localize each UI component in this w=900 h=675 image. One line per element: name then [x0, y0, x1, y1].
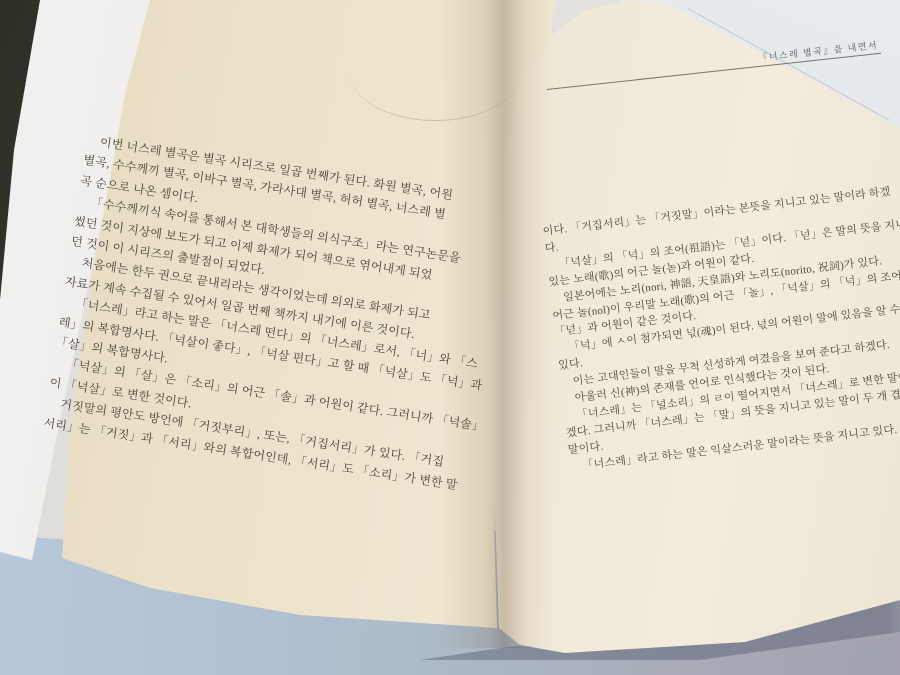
- page-crease-arc: [350, 25, 520, 121]
- left-page-text: 이번 너스레 별곡은 별곡 시리즈로 일곱 번째가 된다. 화원 별곡, 어원별…: [42, 130, 487, 493]
- book-photo-scene: 『너스레 별곡』을 내면서 이번 너스레 별곡은 별곡 시리즈로 일곱 번째가 …: [0, 0, 900, 675]
- right-page-text: 이다. 「거집서리」는 「거짓말」이라는 본뜻을 지니고 있는 말이라 하겠다.…: [542, 181, 900, 476]
